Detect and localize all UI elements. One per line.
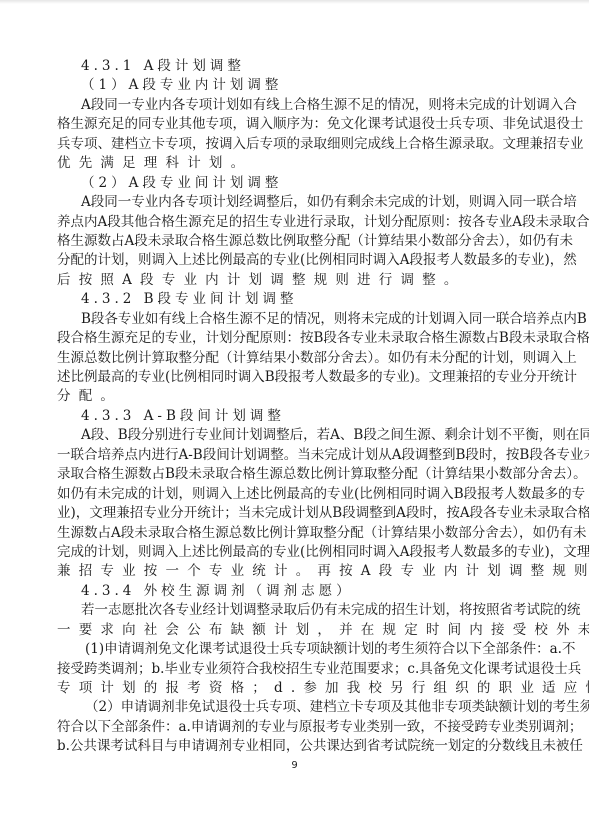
paragraph-line: A段、B段分别进行专业间计划调整后，若A、B段之间生源、剩余计划不平衡，则在同 [57, 426, 523, 445]
subsection-heading: （2）A段专业间计划调整 [57, 174, 523, 193]
paragraph-line: 接受跨类调剂；b.毕业专业须符合我校招生专业范围要求；c.具备免文化课考试退役士… [57, 660, 523, 679]
paragraph-line: 述比例最高的专业(比例相同时调入B段报考人数最多的专业)。文理兼招的专业分开统计 [57, 368, 523, 387]
paragraph-line: 养点内A段其他合格生源充足的招生专业进行录取，计划分配原则：按各专业A段未录取合 [57, 213, 523, 232]
paragraph-line: 业)，文理兼招专业分开统计；当未完成计划从B段调整到A段时，按A段各专业未录取合… [57, 504, 523, 523]
paragraph-line: 分配的计划，则调入上述比例最高的专业(比例相同时调入A段报考人数最多的专业)，然 [57, 251, 523, 270]
paragraph-last-line: 一要求向社会公布缺额计划，并在规定时间内接受校外未录取考生生源调剂。 [57, 621, 523, 640]
paragraph-line: 格生源充足的同专业其他专项，调入顺序为：免文化课考试退役士兵专项、非免试退役士 [57, 115, 523, 134]
paragraph-line: （2）申请调剂非免试退役士兵专项、建档立卡专项及其他非专项类缺额计划的考生须 [57, 698, 523, 717]
section-heading: 4.3.1 A段计划调整 [57, 57, 523, 76]
paragraph-line: 一联合培养点内进行A-B段间计划调整。当未完成计划从A段调整到B段时，按B段各专… [57, 446, 523, 465]
paragraph-last-line: 分配。 [57, 387, 523, 406]
paragraph-line: 生源总数比例计算取整分配（计算结果小数部分舍去）。如仍有未分配的计划，则调入上 [57, 349, 523, 368]
section-heading: 4.3.2 B段专业间计划调整 [57, 290, 523, 309]
paragraph-last-line: 后按照A段专业内计划调整规则进行调整。 [57, 271, 523, 290]
paragraph-line: 格生源数占A段未录取合格生源总数比例取整分配（计算结果小数部分舍去），如仍有未 [57, 232, 523, 251]
paragraph-line: b.公共课考试科目与申请调剂专业相同，公共课达到省考试院统一划定的分数线且未被任 [57, 737, 523, 756]
paragraph-line: 录取合格生源数占B段未录取合格生源总数比例计算取整分配（计算结果小数部分舍去）。 [57, 465, 523, 484]
paragraph-line: 符合以下全部条件：a.申请调剂的专业与原报考专业类别一致，不接受跨专业类别调剂； [57, 718, 523, 737]
subsection-heading: （1）A段专业内计划调整 [57, 76, 523, 95]
paragraph-line: 如仍有未完成的计划，则调入上述比例最高的专业(比例相同时调入B段报考人数最多的专 [57, 485, 523, 504]
paragraph-line: 兵专项、建档立卡专项，按调入后专项的录取细则完成线上合格生源录取。文理兼招专业 [57, 135, 523, 154]
paragraph-line: A段同一专业内各专项计划如有线上合格生源不足的情况，则将未完成的计划调入合 [57, 96, 523, 115]
section-heading: 4.3.4 外校生源调剂（调剂志愿） [57, 582, 523, 601]
paragraph-last-line: 优先满足理科计划。 [57, 154, 523, 173]
paragraph-line: (1)申请调剂免文化课考试退役士兵专项缺额计划的考生须符合以下全部条件：a.不 [57, 640, 523, 659]
page-number: 9 [0, 760, 589, 771]
paragraph-line: 完成的计划，则调入上述比例最高的专业(比例相同时调入A段报考人数最多的专业)，文… [57, 543, 523, 562]
paragraph-last-line: 专项计划的报考资格；d.参加我校另行组织的职业适应性或职业技能综合考查。 [57, 679, 523, 698]
paragraph-last-line: 兼招专业按一个专业统计。再按A段专业内计划调整规则调整到各专项计划中。 [57, 562, 523, 581]
paragraph-line: 若一志愿批次各专业经计划调整录取后仍有未完成的招生计划，将按照省考试院的统 [57, 601, 523, 620]
document-page: 4.3.1 A段计划调整（1）A段专业内计划调整A段同一专业内各专项计划如有线上… [57, 57, 523, 757]
paragraph-line: B段各专业如有线上合格生源不足的情况，则将未完成的计划调入同一联合培养点内B [57, 310, 523, 329]
paragraph-line: 生源数占A段未录取合格生源总数比例计算取整分配（计算结果小数部分舍去），如仍有未 [57, 524, 523, 543]
paragraph-line: 段合格生源充足的专业，计划分配原则：按B段各专业未录取合格生源数占B段未录取合格 [57, 329, 523, 348]
paragraph-line: A段同一专业内各专项计划经调整后，如仍有剩余未完成的计划，则调入同一联合培 [57, 193, 523, 212]
page-top-shadow [0, 0, 589, 4]
section-heading: 4.3.3 A-B段间计划调整 [57, 407, 523, 426]
